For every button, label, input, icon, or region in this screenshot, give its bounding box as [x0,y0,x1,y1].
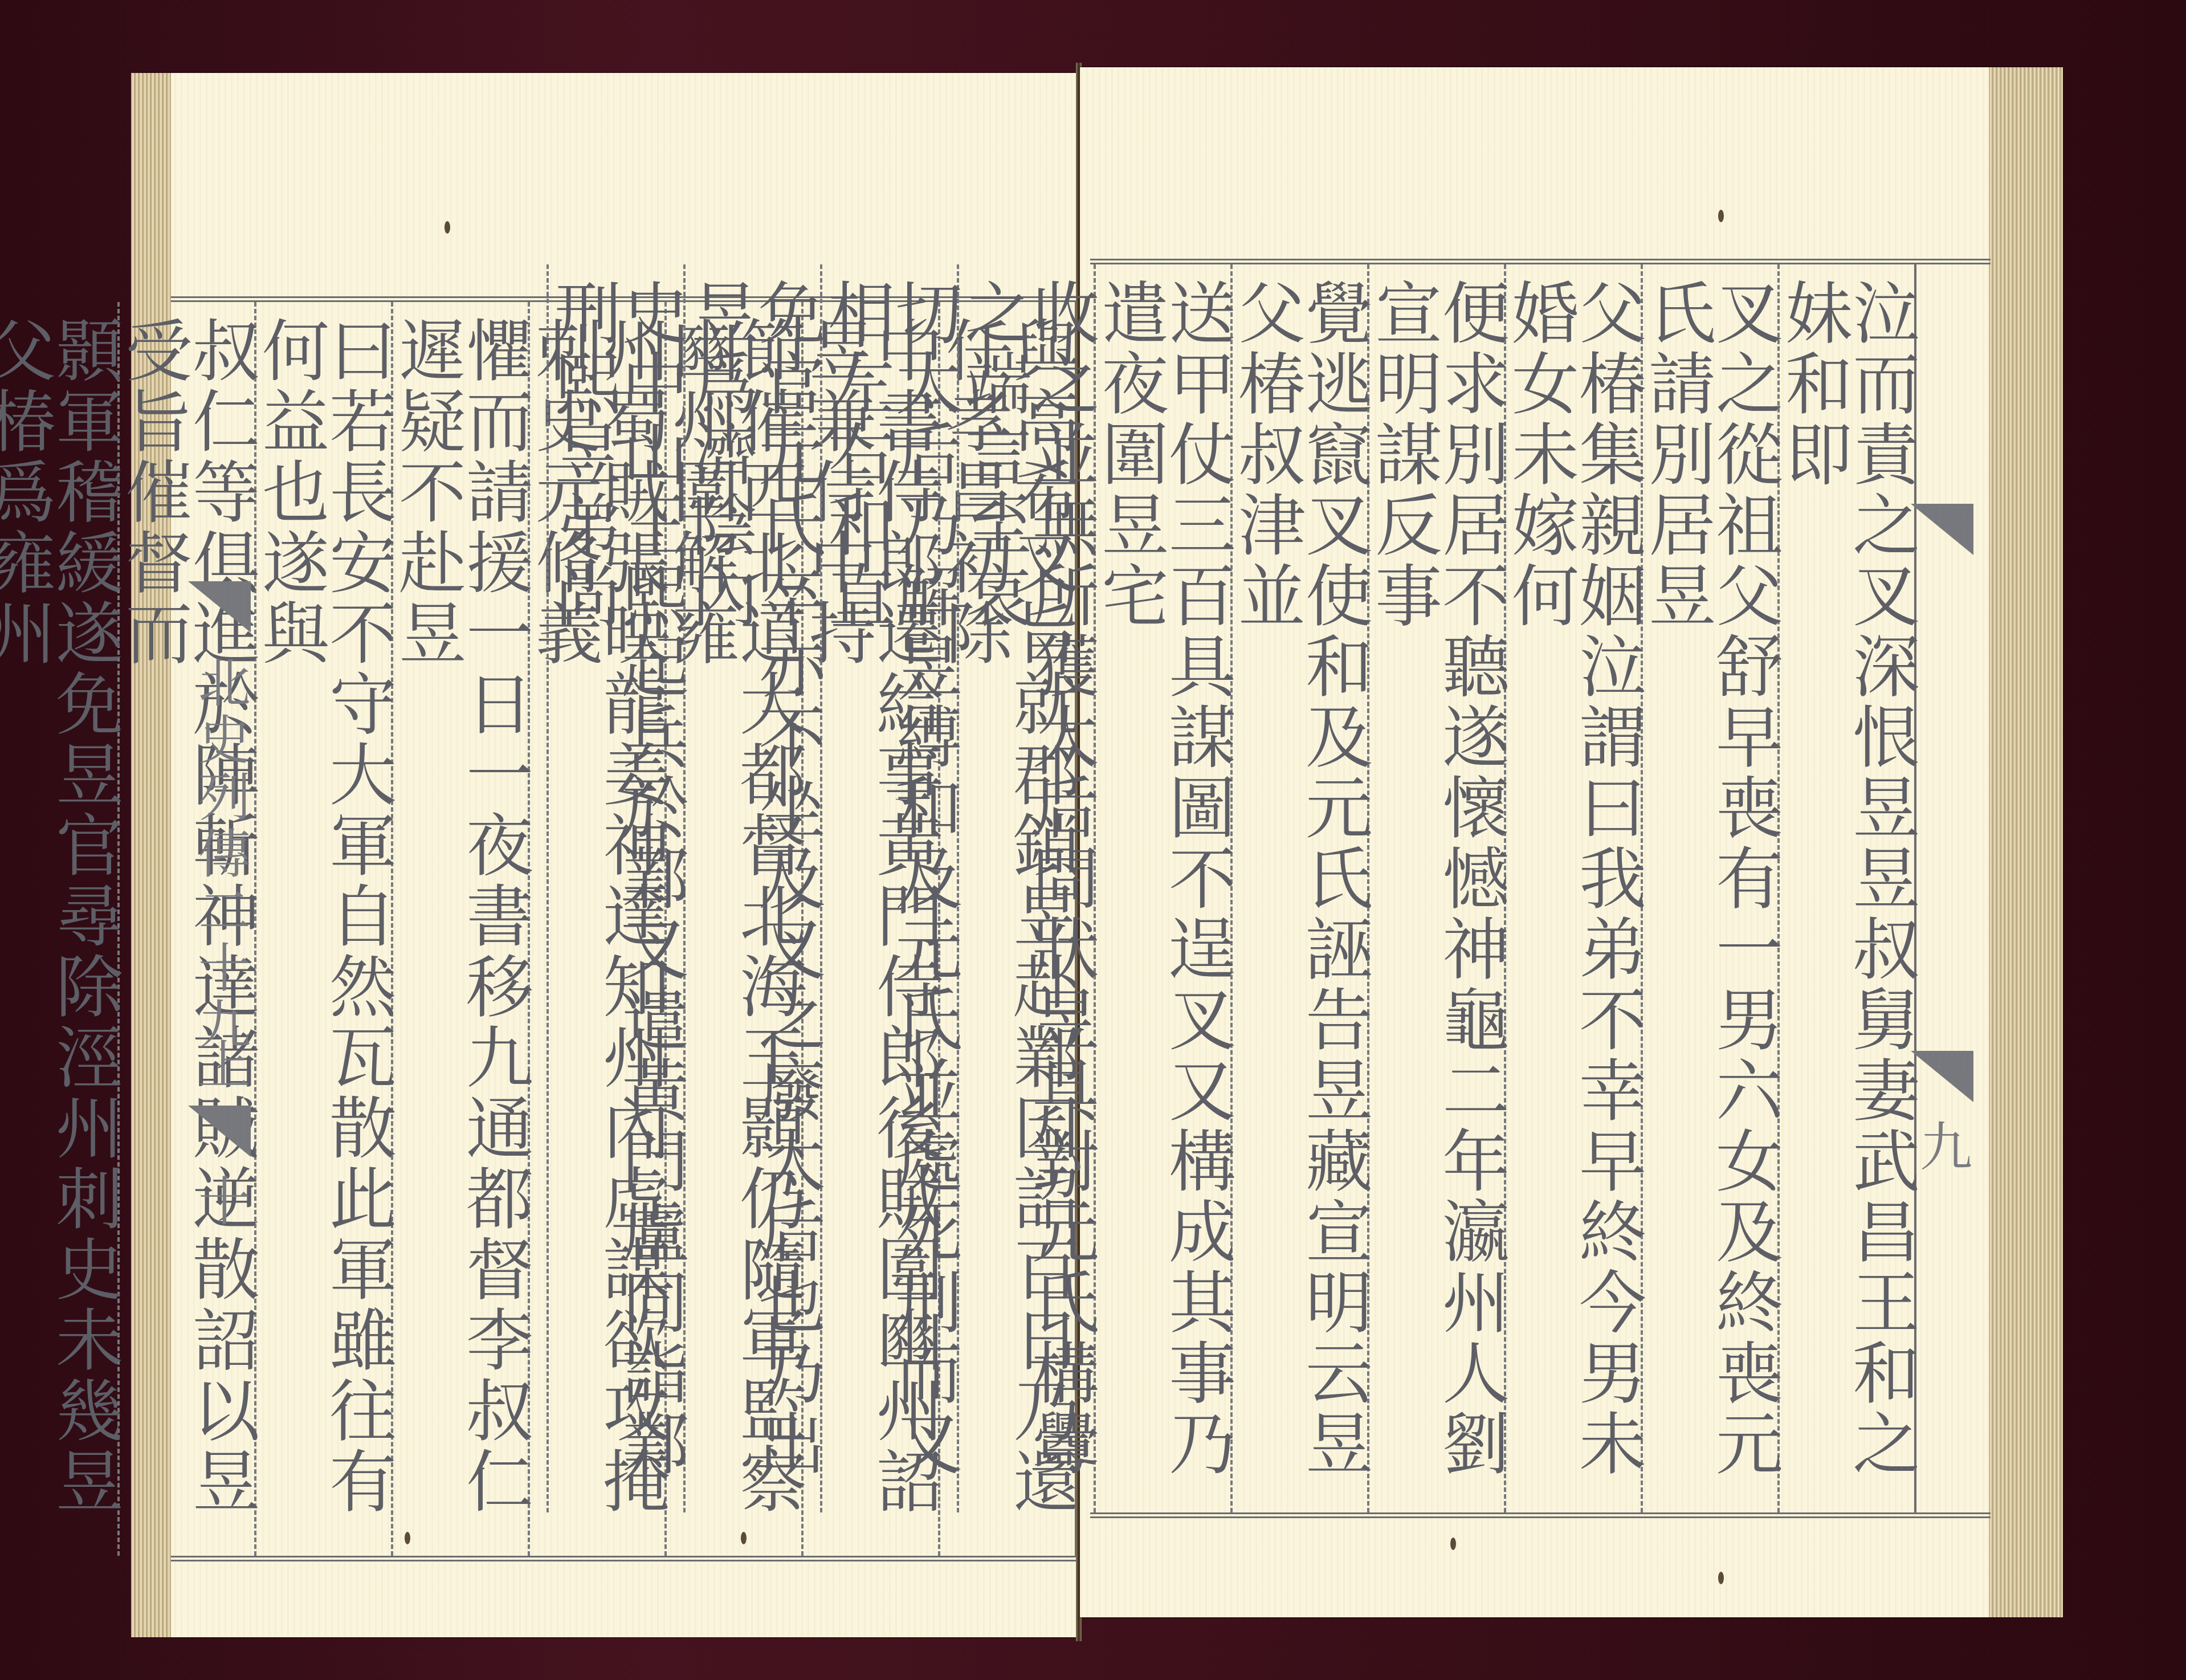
text-column: 泣而責之叉深恨昱昱叔舅妻武昌王和之妹和即 [1777,264,1916,1512]
right-text-columns: 泣而責之叉深恨昱昱叔舅妻武昌王和之妹和即 叉之從祖父舒早喪有一男六女及終喪元氏請… [1090,264,1916,1512]
right-fore-edge [1989,67,2063,1617]
text-column: 顥軍稽緩遂免昱官尋除涇州刺史未幾昱父椿爲雍州 [0,302,117,1556]
binding-hole [1450,1538,1456,1550]
text-column: 送甲仗三百具謀圖不逞叉又構成其事乃遣夜圍昱宅 [1094,264,1230,1512]
fish-tail-mark-lower [1911,1051,1973,1102]
binding-hole [444,221,450,234]
folio-page-number: 十 [194,1174,246,1231]
text-column: 免官元氏卒亦不坐及叉之廢太后也乃出昱爲濟陰內 [683,264,820,1512]
text-column: 切太后乃解昱縛和及元氏並處死刑而叉相左右和直 [820,264,957,1512]
text-column: 懼而請援一日一夜書移九通都督李叔仁遲疑不赴昱 [391,302,528,1556]
binding-hole [1718,1572,1724,1584]
folio-page-number: 九 [1915,1119,1968,1176]
text-column: 叉之從祖父舒早喪有一男六女及終喪元氏請別居昱 [1641,264,1777,1512]
fish-tail-mark-upper [1911,504,1973,555]
text-column: 收之並無所獲太后問狀昱具對元氏構釁之端言至哀 [957,264,1094,1512]
right-text-frame: 泣而責之叉深恨昱昱叔舅妻武昌王和之妹和即 叉之從祖父舒早喪有一男六女及終喪元氏請… [1090,259,1991,1518]
folio-title: 北史列傳二十九 [194,655,246,1054]
text-column: 覺逃竄叉使和及元氏誣告昱藏宣明云昱父椿叔津並 [1230,264,1367,1512]
text-column: 便求別居不聽遂懷憾神龜二年瀛州人劉宣明謀反事 [1367,264,1504,1512]
text-column: 史中山王熙起兵於鄴叉遣黃門盧同詣鄴刑熙昱弟尚 [546,264,683,1512]
right-page: 泣而責之叉深恨昱昱叔舅妻武昌王和之妹和即 叉之從祖父舒早喪有一男六女及終喪元氏請… [1080,67,2057,1617]
text-column: 曰若長安不守大軍自然瓦散此軍雖往有何益也遂與 [254,302,391,1556]
text-column: 父椿集親姻泣謂曰我弟不幸早終今男未婚女未嫁何 [1504,264,1641,1512]
binding-hole [1718,210,1724,222]
folio-section: 上 [194,1037,246,1094]
